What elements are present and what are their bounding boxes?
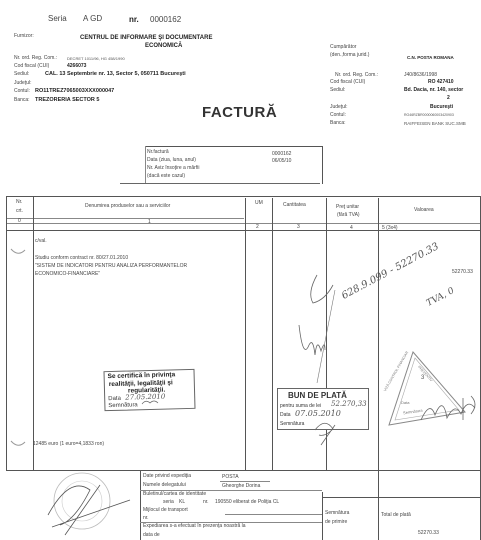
punch-hole-icon — [10, 248, 26, 256]
round-stamp — [30, 465, 140, 540]
buyer-account-label: Contul: — [330, 112, 346, 118]
supplier-reg-value: DECRET 1011/96, HG 458/1990 — [67, 56, 125, 61]
item-value: 52270.33 — [452, 269, 473, 275]
certify-signature-label: Semnătura — [108, 402, 138, 409]
payment-date-label: Data — [280, 412, 291, 418]
transport-nr-label: nr. — [143, 515, 149, 521]
supplier-cui-label: Cod fiscal (CUI) — [14, 63, 49, 69]
item-description-line1: c/val. — [35, 238, 47, 244]
exchange-note: 12485 euro (1 euro=4,1833 ron) — [33, 441, 104, 447]
buyer-label-line2: (den.,forma jurid.) — [330, 52, 369, 58]
expedition-value: POSTA — [222, 474, 239, 480]
delegate-value: Gheorghe Dorina — [222, 483, 260, 489]
series-value: A GD — [83, 14, 102, 23]
invoice-notice-label: Nr. Aviz însoţire a mărfii — [147, 165, 199, 171]
document-title: FACTURĂ — [202, 104, 277, 121]
buyer-address-label: Sediul: — [330, 87, 345, 93]
buyer-county-label: Judeţul: — [330, 104, 348, 110]
number-label: nr. — [129, 15, 139, 24]
total-label: Total de plată — [381, 512, 411, 518]
payment-title: BUN DE PLATĂ — [288, 391, 347, 400]
supplier-cui-value: 4266073 — [67, 63, 86, 69]
triangle-stamp-number: 3 — [421, 375, 424, 381]
supplier-label: Furnizor: — [14, 33, 34, 39]
id-series-value: KL — [179, 499, 185, 505]
col-header-quantity: Cantitatea — [283, 202, 306, 208]
col-header-value: Valoarea — [414, 207, 434, 213]
buyer-cui-value: RO 427410 — [428, 79, 454, 85]
certify-date-label: Data — [108, 396, 121, 402]
supplier-reg-label: Nr. ord. Reg. Com.: — [14, 55, 57, 61]
col-index-0: 0 — [18, 218, 21, 224]
col-header-um: UM — [255, 200, 263, 206]
item-description-line4: ECONOMICO-FINANCIARE" — [35, 271, 100, 277]
invoice-date-value: 06/05/10 — [272, 158, 291, 164]
supplier-county-label: Judeţul: — [14, 80, 32, 86]
handwritten-note: 628.9.099 - 52270.33 — [340, 241, 441, 302]
delegate-label: Numele delegatului — [143, 482, 186, 488]
supplier-name: CENTRUL DE INFORMARE ŞI DOCUMENTARE — [80, 35, 212, 41]
buyer-address-line2: 2 — [447, 95, 450, 101]
receipt-signature-label: Semnătura — [325, 510, 349, 516]
buyer-bank-label: Banca: — [330, 120, 346, 126]
series-label: Seria — [48, 14, 67, 23]
col-header-nr: Nr. — [16, 199, 22, 205]
supplier-address-label: Sediul: — [14, 71, 29, 77]
buyer-address-value: Bd. Dacia, nr. 140, sector — [404, 87, 463, 93]
supplier-name-line2: ECONOMICĂ — [145, 43, 182, 49]
buyer-label: Cumpărător — [330, 44, 356, 50]
expedition-date-label: data de — [143, 532, 160, 538]
triangle-signature — [415, 390, 481, 430]
col-header-nr-line2: crt. — [16, 208, 23, 214]
buyer-reg-label: Nr. ord. Reg. Com.: — [335, 72, 378, 78]
item-description-line2: Studiu conform contract nr. 80/27.01.201… — [35, 255, 128, 261]
total-value: 52270.33 — [418, 530, 439, 536]
supplier-account-value: RO11TREZ7065003XXX000047 — [35, 88, 114, 94]
payment-signature-label: Semnătura — [280, 421, 304, 427]
expedition-done-label: Expediarea s-a efectuat în prezenţa noas… — [143, 523, 246, 529]
buyer-name: C.N. POSTA ROMANA — [407, 55, 454, 60]
id-nr-label: nr. — [203, 499, 209, 505]
buyer-county-value: Bucureşti — [430, 104, 453, 110]
supplier-bank-label: Banca: — [14, 97, 30, 103]
invoice-date-label: Data (ziua, luna, anul) — [147, 157, 196, 163]
invoice-number-label: Nr.factură — [147, 149, 169, 155]
col-index-5: 5 (3x4) — [382, 225, 398, 231]
id-series-label: seria — [163, 499, 174, 505]
col-index-3: 3 — [297, 224, 300, 230]
item-description-line3: "SISTEM DE INDICATORI PENTRU ANALIZA PER… — [35, 263, 187, 269]
id-label: Buletinul/cartea de identitate — [143, 491, 206, 497]
supplier-bank-value: TREZORERIA SECTOR 5 — [35, 97, 99, 103]
handwritten-vat-note: TVA, 0 — [425, 286, 456, 309]
certify-signature — [140, 397, 160, 407]
buyer-cui-label: Cod fiscal (CUI) — [330, 79, 365, 85]
invoice-number-value: 0000162 — [272, 151, 291, 157]
supplier-address-value: CAL. 13 Septembrie nr. 13, Sector 5, 050… — [45, 71, 186, 77]
col-header-unit-price-line2: (fără TVA) — [337, 212, 360, 218]
id-nr-value: 190550 eliberat de Poliţia CL — [215, 499, 279, 505]
payment-sum-value: 52.270,33 — [331, 400, 367, 408]
triangle-date-label: Data — [401, 400, 409, 405]
payment-signature — [305, 415, 345, 450]
transport-label: Mijlocul de transport — [143, 507, 188, 513]
buyer-bank-value: RAIFFEISEN BANK SUC.SMB — [404, 121, 466, 126]
receipt-signature-label-line2: de primire — [325, 519, 347, 525]
punch-hole-icon — [10, 440, 26, 448]
col-index-1: 1 — [148, 219, 151, 225]
handwritten-signature — [295, 255, 355, 385]
invoice-notice-label-line2: (dacă este cazul) — [147, 173, 185, 179]
col-index-2: 2 — [256, 224, 259, 230]
buyer-account-value: RO46RZBR0000060003420903 — [404, 113, 454, 117]
expedition-label: Date privind expediţia — [143, 473, 191, 479]
col-header-unit-price: Preţ unitar — [336, 204, 359, 210]
col-header-description: Denumirea produselor sau a serviciilor — [85, 203, 170, 209]
buyer-reg-value: J40/8636/1998 — [404, 72, 437, 78]
number-value: 0000162 — [150, 15, 181, 24]
col-index-4: 4 — [350, 225, 353, 231]
supplier-account-label: Contul: — [14, 88, 30, 94]
